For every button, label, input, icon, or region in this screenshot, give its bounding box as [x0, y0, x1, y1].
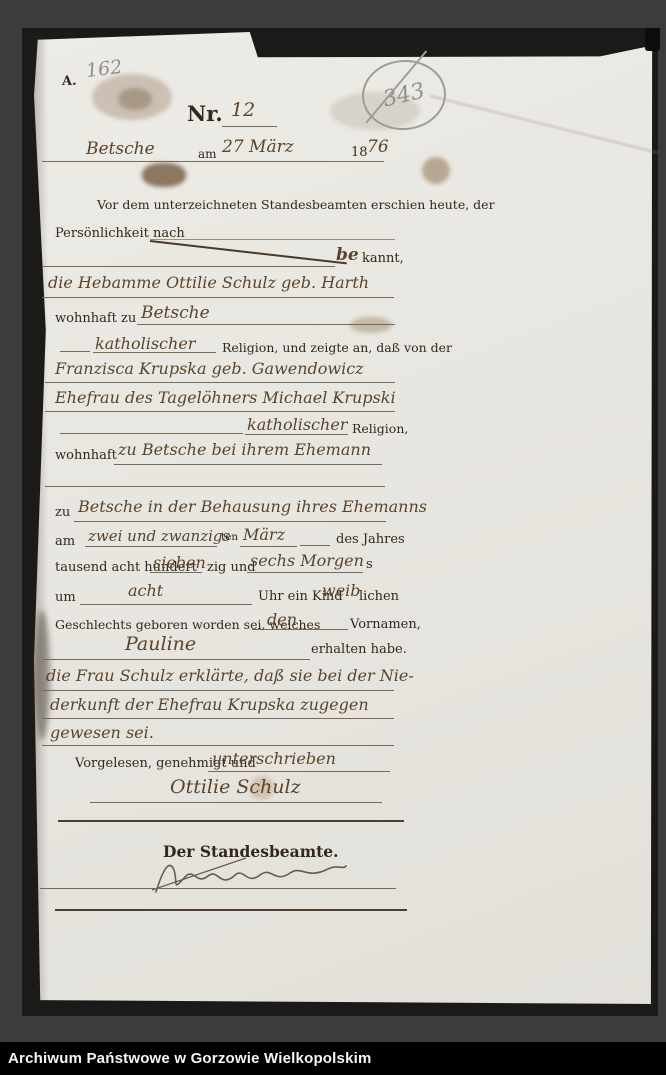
archive-name: Archiwum Państwowe w Gorzowie Wielkopols… — [8, 1050, 372, 1067]
declarant-signature: Ottilie Schulz — [170, 776, 301, 798]
ruled-line — [40, 888, 396, 889]
time-hand: acht — [128, 581, 163, 600]
mother-spouse-line: Ehefrau des Tagelöhners Michael Krupski — [55, 388, 396, 407]
ruled-line — [114, 464, 382, 465]
separator-rule — [58, 820, 404, 822]
birthday-hand: zwei und zwanzigs — [88, 527, 230, 545]
sex-printed: lichen — [359, 589, 399, 604]
birthplace: Betsche in der Behausung ihres Ehemanns — [78, 497, 427, 516]
ruled-line — [137, 324, 395, 325]
time-label: um — [55, 590, 76, 605]
ruled-line — [42, 297, 394, 298]
birth-month: März — [243, 525, 285, 544]
ruled-line — [85, 546, 217, 547]
remark-line1: die Frau Schulz erklärte, daß sie bei de… — [46, 666, 414, 685]
nr-value: 12 — [231, 99, 255, 121]
closing-hand: unterschrieben — [212, 749, 336, 768]
declarant-religion: katholischer — [95, 334, 195, 353]
declarant-line: die Hebamme Ottilie Schulz geb. Harth — [48, 273, 369, 292]
stain-mark — [118, 88, 152, 110]
ruled-line — [240, 546, 297, 547]
mother-residence: zu Betsche bei ihrem Ehemann — [118, 440, 371, 459]
remark-line2: derkunft der Ehefrau Krupska zugegen — [50, 695, 369, 714]
year-words-hand2: sechs Morgen — [250, 551, 364, 570]
stain-mark — [350, 317, 392, 333]
vornamen-label: Vornamen, — [350, 617, 421, 632]
ruled-line — [60, 351, 90, 352]
ruled-line — [45, 382, 395, 383]
ruled-line — [150, 239, 395, 240]
ruled-line — [245, 434, 348, 435]
binding-notch — [645, 28, 660, 51]
article-hand: den — [267, 610, 297, 629]
ruled-line — [45, 411, 395, 412]
mother-name-line: Franzisca Krupska geb. Gawendowicz — [55, 359, 364, 378]
ruled-line — [42, 690, 394, 691]
residence-label: wohnhaft zu — [55, 311, 136, 326]
sex-hand: weib — [322, 581, 361, 600]
ruled-line — [247, 572, 363, 573]
ruled-line — [150, 572, 202, 573]
ruled-line — [222, 126, 277, 127]
am-label: am — [198, 147, 217, 161]
identity-hand: be — [336, 245, 359, 265]
ruled-line — [80, 604, 252, 605]
declarant-residence: Betsche — [141, 303, 210, 323]
nr-label: Nr. — [187, 101, 223, 126]
ruled-line — [42, 266, 335, 267]
stain-mark — [422, 157, 450, 184]
corner-letter: A. — [62, 74, 77, 89]
ruled-line — [45, 486, 385, 487]
ruled-line — [74, 521, 386, 522]
religion-printed: Religion, und zeigte an, daß von der — [222, 340, 452, 355]
intro-line: Vor dem unterzeichneten Standesbeamten e… — [97, 197, 495, 212]
ruled-line — [300, 545, 330, 546]
year-hand: 76 — [367, 137, 389, 157]
mother-residence-label: wohnhaft — [55, 448, 117, 463]
mother-religion-printed: Religion, — [352, 421, 408, 436]
birthday-label: am — [55, 534, 75, 549]
remark-line3: gewesen sei. — [50, 723, 154, 742]
identity-printed: kannt, — [362, 251, 404, 266]
record-date: 27 März — [222, 137, 294, 157]
mother-religion: katholischer — [247, 415, 347, 434]
ruled-line — [208, 771, 390, 772]
corner-number-pencil: 162 — [85, 56, 124, 82]
year-words-printed3: s — [366, 557, 373, 572]
registrar-signature — [150, 856, 350, 896]
birthplace-label: zu — [55, 505, 70, 520]
ruled-line — [42, 659, 310, 660]
ruled-line — [42, 718, 394, 719]
ruled-line — [252, 629, 348, 630]
stain-mark — [142, 163, 186, 187]
year-words-hand1: sieben — [153, 553, 206, 572]
ruled-line — [42, 161, 384, 162]
ruled-line — [90, 802, 382, 803]
ruled-line — [60, 433, 243, 434]
received-label: erhalten habe. — [311, 642, 407, 657]
child-name: Pauline — [125, 633, 196, 655]
separator-rule — [55, 909, 407, 911]
ruled-line — [42, 745, 394, 746]
ruled-line — [93, 352, 216, 353]
record-place: Betsche — [86, 139, 155, 159]
archive-footer-bar: Archiwum Państwowe w Gorzowie Wielkopols… — [0, 1042, 666, 1075]
birthyear-label: des Jahres — [336, 532, 405, 547]
birthday-suffix: ten — [221, 531, 238, 543]
year-printed: 18 — [351, 145, 368, 160]
